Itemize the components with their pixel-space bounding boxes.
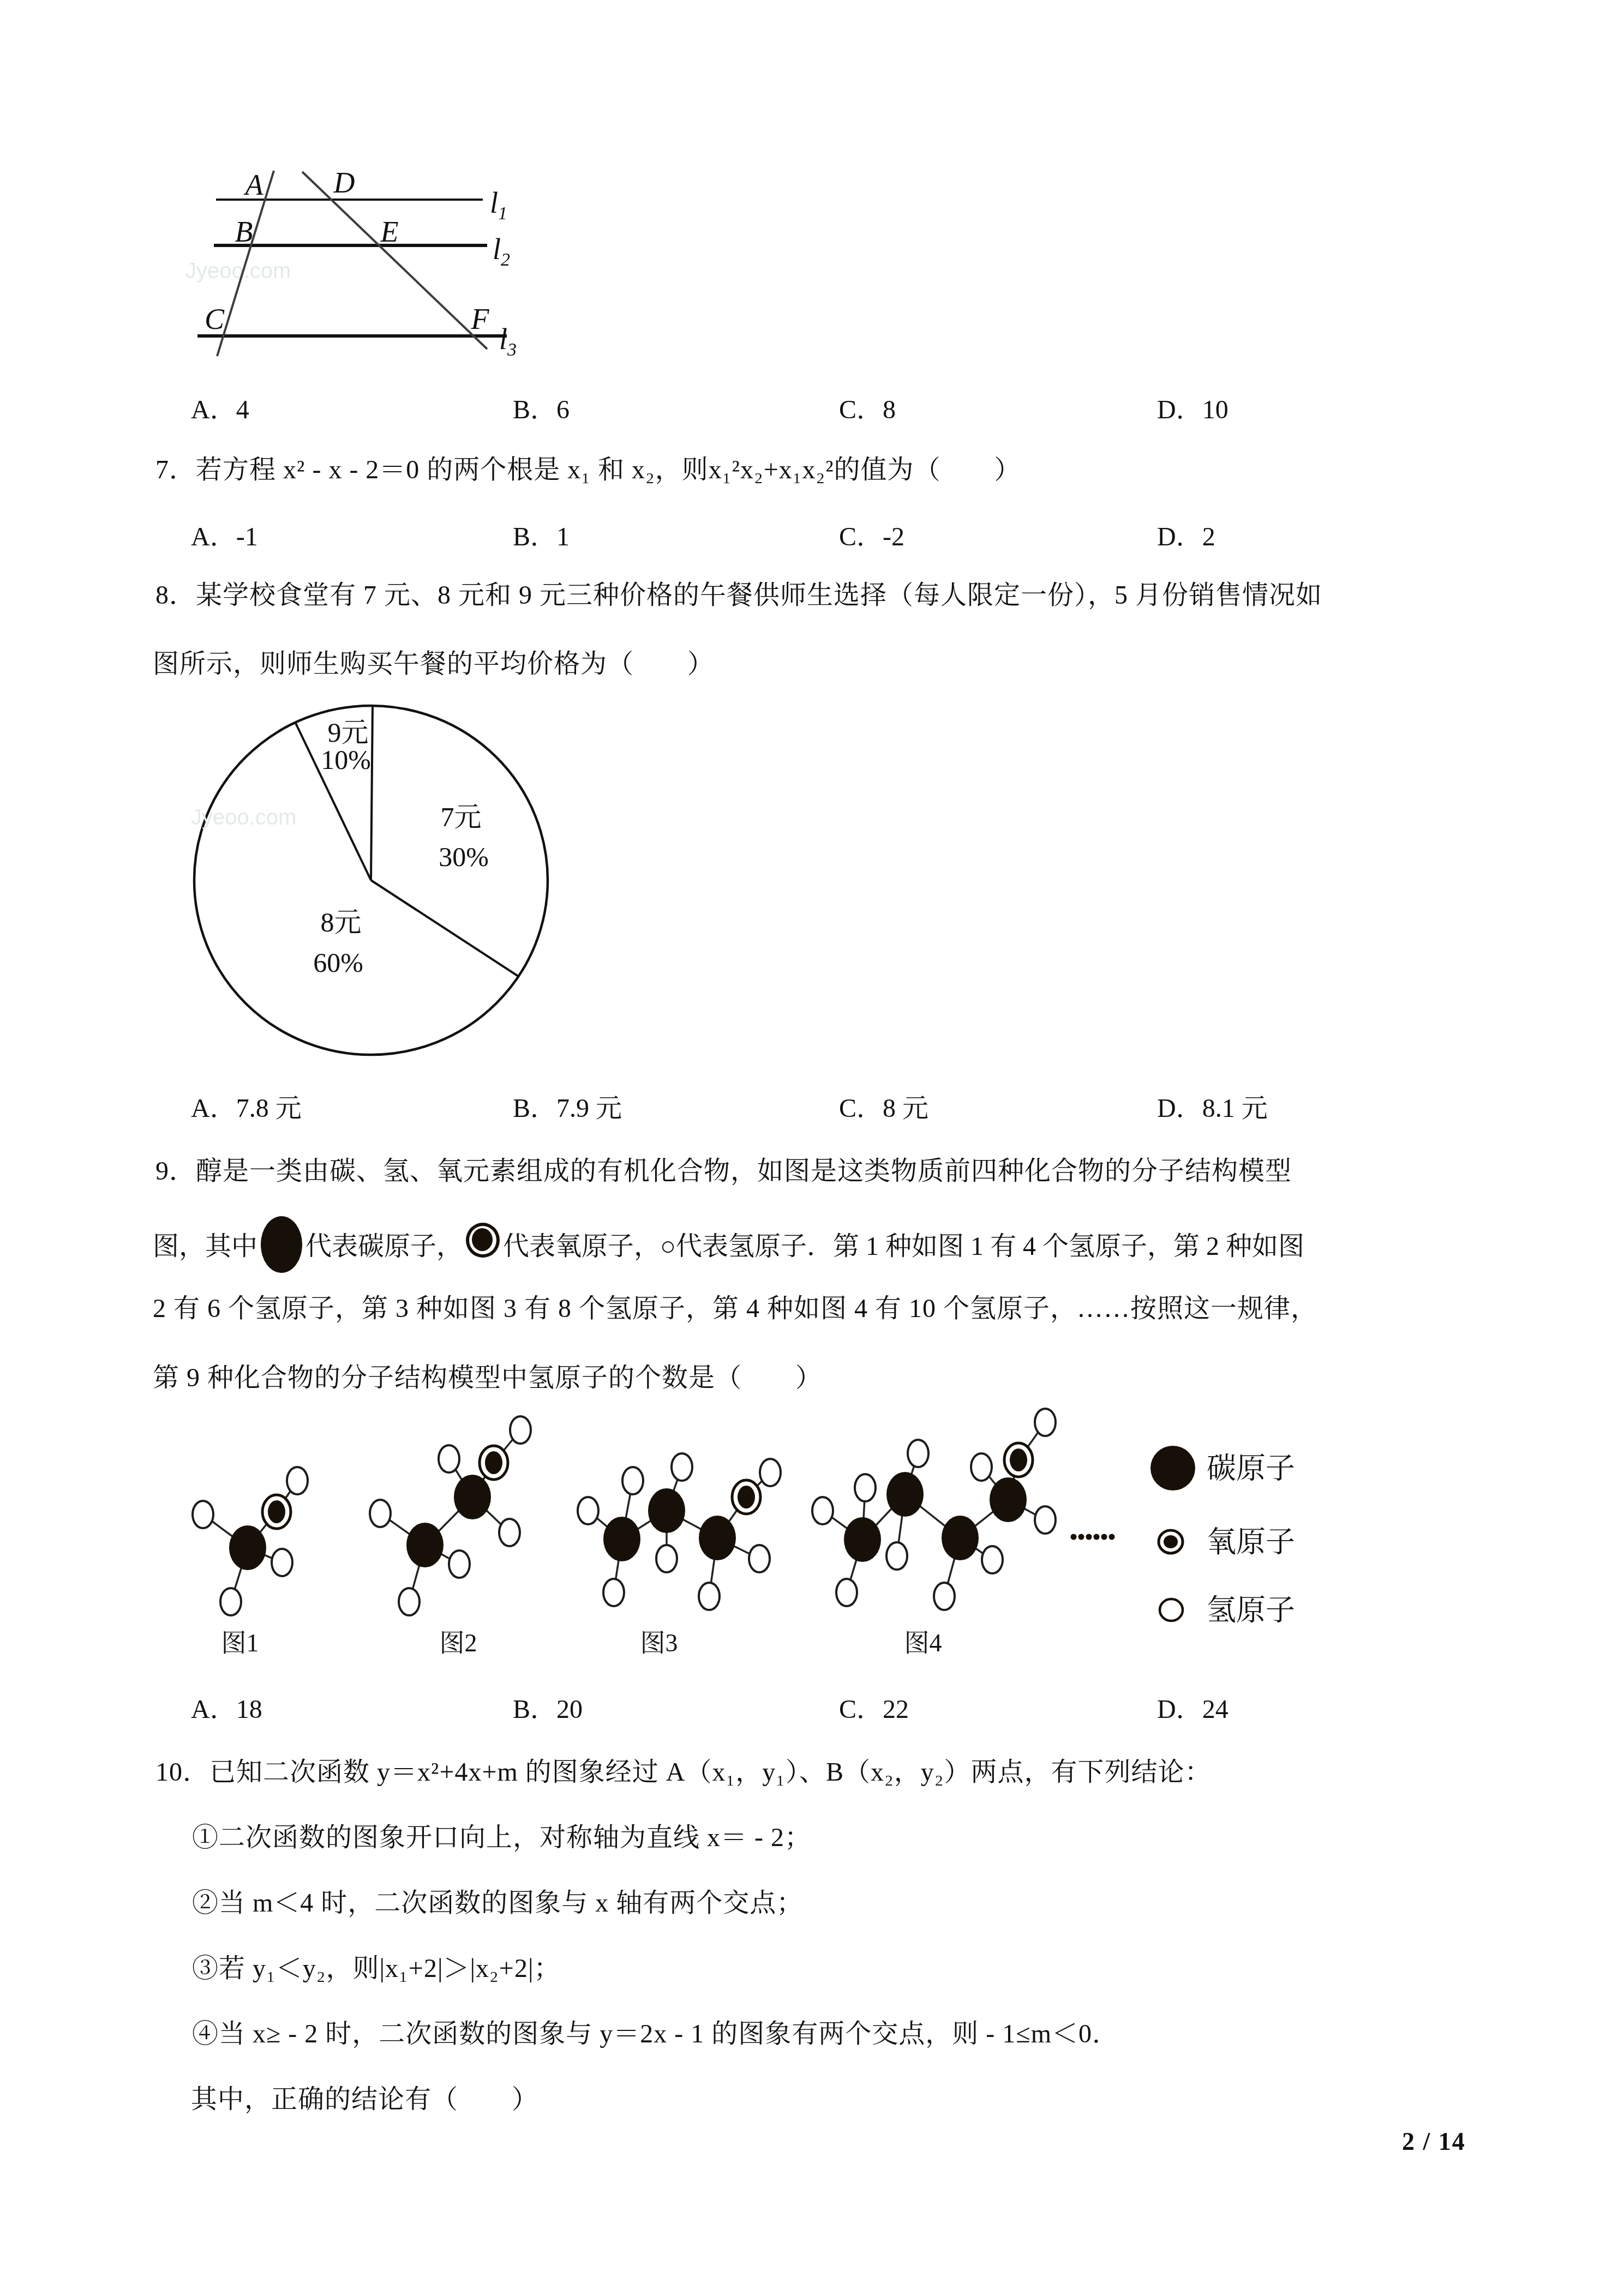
label-l3: l3 bbox=[499, 323, 517, 360]
q9-text-line2: 图，其中 代表碳原子， 代表氧原子，○代表氢原子．第 1 种如图 1 有 4 个… bbox=[153, 1216, 1304, 1273]
q6-options-row: A．4 B．6 C．8 D．10 bbox=[0, 388, 1624, 421]
q9-text-line3: 2 有 6 个氢原子，第 3 种如图 3 有 8 个氢原子，第 4 种如图 4 … bbox=[153, 1287, 1317, 1325]
q10-closing: 其中，正确的结论有（ ） bbox=[191, 2078, 538, 2115]
q6-option-d: D．10 bbox=[1157, 388, 1229, 426]
q10-text-line1: 10．已知二次函数 y＝x²+4x+m 的图象经过 A（x₁，y₁）、B（x₂，… bbox=[155, 1751, 1212, 1788]
molecule-4-label: 图4 bbox=[904, 1629, 942, 1657]
molecule-legend: 碳原子 氧原子 氢原子 bbox=[1150, 1446, 1295, 1627]
pie-label-8yuan: 8元 bbox=[321, 907, 362, 937]
legend-carbon-label: 碳原子 bbox=[1207, 1452, 1295, 1485]
q10-statement-4: ④当 x≥ - 2 时，二次函数的图象与 y＝2x - 1 的图象有两个交点，则… bbox=[192, 2012, 1119, 2050]
geometry-figure: Jyeoo.com A D B E C F l1 l2 l3 bbox=[153, 158, 535, 371]
q9-option-b: B．20 bbox=[513, 1688, 583, 1726]
q6-option-c: C．8 bbox=[839, 388, 896, 426]
point-label-D: D bbox=[333, 166, 355, 199]
point-label-F: F bbox=[471, 303, 490, 335]
q9-line2-pre: 图，其中 bbox=[153, 1216, 257, 1263]
q9-option-a: A．18 bbox=[191, 1688, 262, 1726]
q8-text-line1: 8．某学校食堂有 7 元、8 元和 9 元三种价格的午餐供师生选择（每人限定一份… bbox=[155, 574, 1322, 611]
pie-label-9yuan: 9元 bbox=[328, 717, 369, 748]
q6-option-a: A．4 bbox=[191, 388, 249, 426]
q7-option-a: A．-1 bbox=[191, 515, 258, 553]
molecule-3-label: 图3 bbox=[640, 1629, 678, 1657]
pie-label-30pct: 30% bbox=[439, 842, 489, 872]
legend-hydrogen-label: 氢原子 bbox=[1207, 1594, 1295, 1627]
oxygen-atom-icon bbox=[466, 1223, 500, 1258]
lunch-price-pie-chart: Jyeoo.com 9元 10% 7元 30% 8元 60% bbox=[185, 693, 556, 1063]
watermark: Jyeoo.com bbox=[185, 259, 291, 283]
q8-option-c: C．8 元 bbox=[839, 1087, 928, 1125]
label-l1: l1 bbox=[490, 187, 507, 224]
label-l2: l2 bbox=[493, 233, 510, 270]
q10-statement-2: ②当 m＜4 时，二次函数的图象与 x 轴有两个交点； bbox=[192, 1882, 803, 1919]
carbon-atom-icon bbox=[261, 1216, 302, 1273]
q9-option-d: D．24 bbox=[1157, 1688, 1229, 1726]
q8-options-row: A．7.8 元 B．7.9 元 C．8 元 D．8.1 元 bbox=[0, 1087, 1624, 1120]
molecule-figure: 图1 图2 图3 图4 碳原子 氧原子 氢原子 bbox=[164, 1396, 1364, 1669]
q7-option-b: B．1 bbox=[513, 515, 570, 553]
q8-text-line2: 图所示，则师生购买午餐的平均价格为（ ） bbox=[153, 642, 714, 680]
point-label-E: E bbox=[380, 215, 399, 248]
q9-text-line4: 第 9 种化合物的分子结构模型中氢原子的个数是（ ） bbox=[153, 1356, 822, 1394]
q10-statement-3: ③若 y₁＜y₂，则|x₁+2|＞|x₂+2|； bbox=[192, 1947, 561, 1985]
q7-option-d: D．2 bbox=[1157, 515, 1215, 553]
molecule-2-label: 图2 bbox=[440, 1629, 477, 1657]
molecule-1-label: 图1 bbox=[221, 1629, 259, 1657]
q9-line2-mid: 代表碳原子， bbox=[305, 1216, 463, 1263]
q9-text-line1: 9．醇是一类由碳、氢、氧元素组成的有机化合物，如图是这类物质前四种化合物的分子结… bbox=[155, 1150, 1292, 1187]
page-number: 2 / 14 bbox=[1402, 2127, 1466, 2156]
legend-carbon-icon bbox=[1150, 1446, 1195, 1490]
pie-label-7yuan: 7元 bbox=[441, 802, 482, 832]
q8-option-d: D．8.1 元 bbox=[1157, 1087, 1268, 1125]
q7-options-row: A．-1 B．1 C．-2 D．2 bbox=[0, 515, 1624, 548]
q8-option-b: B．7.9 元 bbox=[513, 1087, 622, 1125]
point-label-A: A bbox=[244, 169, 264, 201]
q10-statement-1: ①二次函数的图象开口向上，对称轴为直线 x＝ - 2； bbox=[192, 1816, 811, 1854]
ellipsis-dots bbox=[1071, 1534, 1115, 1540]
q7-option-c: C．-2 bbox=[839, 515, 904, 553]
legend-oxygen-core bbox=[1164, 1535, 1178, 1548]
q9-line2-post: 代表氧原子，○代表氢原子．第 1 种如图 1 有 4 个氢原子，第 2 种如图 bbox=[503, 1216, 1304, 1263]
q7-text: 7．若方程 x² - x - 2＝0 的两个根是 x₁ 和 x₂，则x₁²x₂+… bbox=[155, 448, 1021, 486]
legend-hydrogen-icon bbox=[1160, 1599, 1183, 1621]
point-label-C: C bbox=[205, 303, 225, 335]
point-label-B: B bbox=[235, 215, 253, 248]
exam-page: Jyeoo.com A D B E C F l1 l2 l3 A．4 B．6 C… bbox=[0, 0, 1624, 2296]
q9-option-c: C．22 bbox=[839, 1688, 909, 1726]
q6-option-b: B．6 bbox=[513, 388, 570, 426]
pie-label-60pct: 60% bbox=[313, 947, 363, 978]
pie-label-10pct: 10% bbox=[321, 744, 371, 775]
q8-option-a: A．7.8 元 bbox=[191, 1087, 302, 1125]
watermark: Jyeoo.com bbox=[191, 806, 296, 830]
transversal-2 bbox=[302, 172, 487, 349]
legend-oxygen-label: 氧原子 bbox=[1207, 1526, 1295, 1559]
q9-options-row: A．18 B．20 C．22 D．24 bbox=[0, 1688, 1624, 1721]
